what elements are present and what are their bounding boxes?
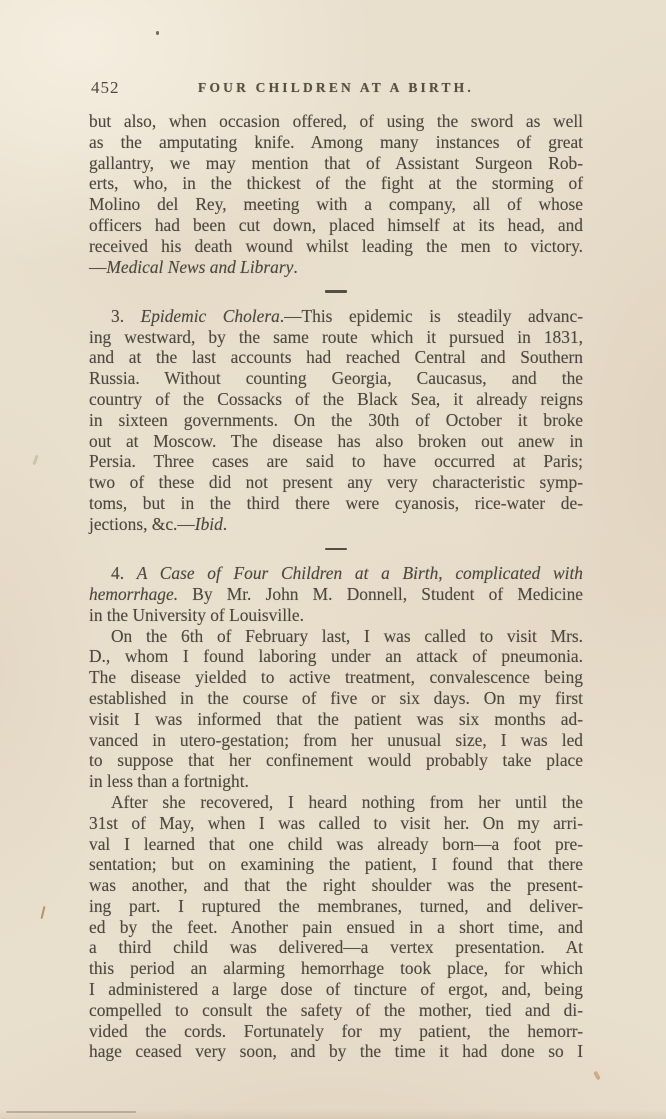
text-line: sentation; but on examining the patient,… xyxy=(89,854,583,875)
text-line: toms, but in the third there were cyanos… xyxy=(89,493,583,514)
margin-smudge xyxy=(32,455,38,465)
text-line: Russia. Without counting Georgia, Caucas… xyxy=(89,368,583,389)
text-line: jections, &c.—Ibid. xyxy=(89,514,583,535)
text-line: a third child was delivered—a vertex pre… xyxy=(89,937,583,958)
text-line: in sixteen governments. On the 30th of O… xyxy=(89,410,583,431)
text-line: in less than a fortnight. xyxy=(89,771,583,792)
page-body-text: but also, when occasion offered, of usin… xyxy=(89,111,583,1062)
text-line: officers had been cut down, placed himse… xyxy=(89,215,583,236)
text-line: two of these did not present any very ch… xyxy=(89,472,583,493)
text-line: visit I was informed that the patient wa… xyxy=(89,709,583,730)
text-line: 31st of May, when I was called to visit … xyxy=(89,813,583,834)
case-paragraph-1: On the 6th of February last, I was calle… xyxy=(89,626,583,792)
text-line: I administered a large dose of tincture … xyxy=(89,979,583,1000)
foxing-slash-mark xyxy=(40,906,45,919)
page-number: 452 xyxy=(91,78,120,98)
text-line: val I learned that one child was already… xyxy=(89,834,583,855)
bottom-vignette xyxy=(0,1109,666,1119)
text-line: Persia. Three cases are said to have occ… xyxy=(89,451,583,472)
text-line: compelled to consult the safety of the m… xyxy=(89,1000,583,1021)
text-line: in the University of Louisville. xyxy=(89,605,583,626)
text-line: was another, and that the right shoulder… xyxy=(89,875,583,896)
item-3-epidemic-cholera: 3. Epidemic Cholera.—This epidemic is st… xyxy=(89,306,583,535)
text-line: ing westward, by the same route which it… xyxy=(89,327,583,348)
text-line: as the amputating knife. Among many inst… xyxy=(89,132,583,153)
section-divider-2 xyxy=(325,548,347,551)
text-line: vanced in utero-gestation; from her unus… xyxy=(89,730,583,751)
text-line: After she recovered, I heard nothing fro… xyxy=(89,792,583,813)
text-line: vided the cords. Fortunately for my pati… xyxy=(89,1021,583,1042)
text-line: hemorrhage. By Mr. John M. Donnell, Stud… xyxy=(89,584,583,605)
gallantry-continuation-paragraph: but also, when occasion offered, of usin… xyxy=(89,111,583,277)
scanned-book-page: 452 FOUR CHILDREN AT A BIRTH. but also, … xyxy=(0,0,666,1119)
ink-speck xyxy=(156,31,159,35)
text-line: ed by the feet. Another pain ensued in a… xyxy=(89,917,583,938)
text-line: ing part. I ruptured the membranes, turn… xyxy=(89,896,583,917)
text-line: —Medical News and Library. xyxy=(89,257,583,278)
text-line: hage ceased very soon, and by the time i… xyxy=(89,1041,583,1062)
text-line: gallantry, we may mention that of Assist… xyxy=(89,153,583,174)
stain-fleck xyxy=(593,1071,601,1081)
text-line: 4. A Case of Four Children at a Birth, c… xyxy=(89,563,583,584)
text-line: to suppose that her confinement would pr… xyxy=(89,750,583,771)
text-line: but also, when occasion offered, of usin… xyxy=(89,111,583,132)
text-line: and at the last accounts had reached Cen… xyxy=(89,347,583,368)
text-line: received his death wound whilst leading … xyxy=(89,236,583,257)
text-line: this period an alarming hemorrhage took … xyxy=(89,958,583,979)
section-divider-1 xyxy=(325,290,347,293)
text-line: On the 6th of February last, I was calle… xyxy=(89,626,583,647)
text-line: Molino del Rey, meeting with a company, … xyxy=(89,194,583,215)
text-line: out at Moscow. The disease has also brok… xyxy=(89,431,583,452)
running-title: FOUR CHILDREN AT A BIRTH. xyxy=(89,78,583,96)
text-line: established in the course of five or six… xyxy=(89,688,583,709)
case-paragraph-2: After she recovered, I heard nothing fro… xyxy=(89,792,583,1062)
text-line: The disease yielded to active treatment,… xyxy=(89,667,583,688)
text-line: 3. Epidemic Cholera.—This epidemic is st… xyxy=(89,306,583,327)
item-4-title: 4. A Case of Four Children at a Birth, c… xyxy=(89,563,583,625)
text-line: country of the Cossacks of the Black Sea… xyxy=(89,389,583,410)
text-line: erts, who, in the thickest of the fight … xyxy=(89,173,583,194)
text-line: D., whom I found laboring under an attac… xyxy=(89,646,583,667)
running-head: 452 FOUR CHILDREN AT A BIRTH. xyxy=(89,78,583,98)
